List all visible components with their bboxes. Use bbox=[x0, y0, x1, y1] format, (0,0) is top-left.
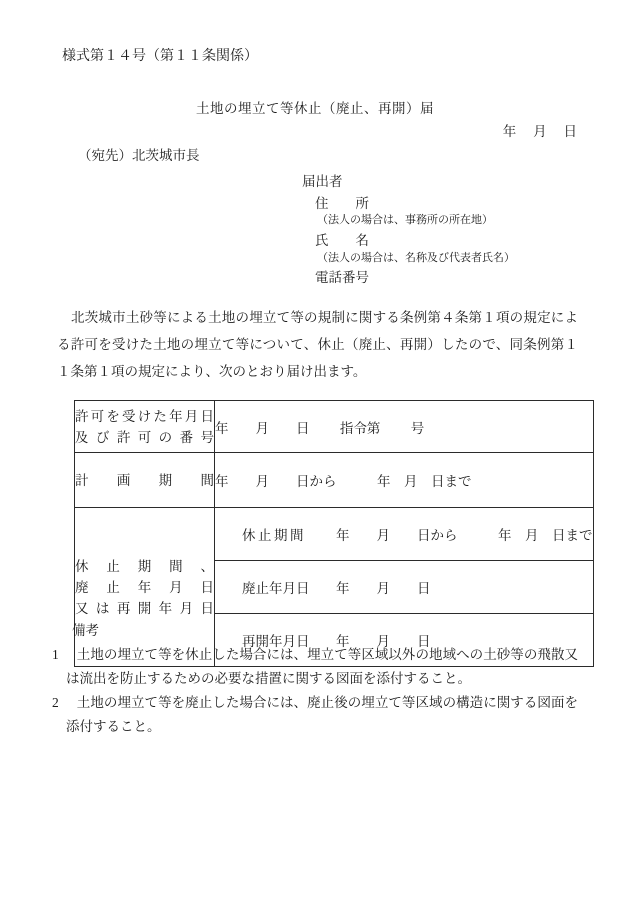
note-item: 1土地の埋立て等を休止した場合には、埋立て等区域以外の地域への土砂等の飛散又は流… bbox=[52, 643, 578, 691]
note-text: 土地の埋立て等を廃止した場合には、廃止後の埋立て等区域の構造に関する図面を添付す… bbox=[66, 695, 578, 734]
date-line: 年 月 日 bbox=[503, 120, 577, 140]
plan-period-value-cell: 年 月 日から 年 月 日まで bbox=[215, 453, 594, 508]
suspension-period-cell: 休止期間年 月 日から 年 月 日まで bbox=[215, 508, 594, 561]
note-number: 2 bbox=[52, 695, 59, 710]
note-item: 2土地の埋立て等を廃止した場合には、廃止後の埋立て等区域の構造に関する図面を添付… bbox=[52, 691, 578, 739]
abolition-date-value: 年 月 日 bbox=[336, 581, 431, 596]
name-corporate-note: （法人の場合は、名称及び代表者氏名） bbox=[317, 249, 515, 265]
notes-heading: 備考 bbox=[72, 619, 99, 639]
address-corporate-note: （法人の場合は、事務所の所在地） bbox=[317, 211, 493, 227]
plan-period-row: 計画期間 年 月 日から 年 月 日まで bbox=[75, 453, 594, 508]
addressee-line: （宛先）北茨城市長 bbox=[78, 144, 200, 164]
applicant-heading: 届出者 bbox=[302, 170, 343, 190]
suspension-group-label-line1: 休止期間、 bbox=[75, 556, 214, 577]
plan-period-label-cell: 計画期間 bbox=[75, 453, 215, 508]
address-label: 住 所 bbox=[315, 192, 369, 212]
name-label: 氏 名 bbox=[315, 229, 369, 249]
permit-date-value-cell: 年 月 日 指令第 号 bbox=[215, 401, 594, 453]
suspension-period-row: 休止期間、 廃止年月日 又は再開年月日 休止期間年 月 日から 年 月 日まで bbox=[75, 508, 594, 561]
body-paragraph: 北茨城市土砂等による土地の埋立て等の規制に関する条例第４条第１項の規定による許可… bbox=[57, 304, 578, 385]
note-number: 1 bbox=[52, 647, 59, 662]
permit-table: 許可を受けた年月日 及び許可の番号 年 月 日 指令第 号 計画期間 年 月 日… bbox=[74, 400, 594, 667]
permit-date-label-line2: 及び許可の番号 bbox=[75, 427, 214, 448]
notes-list: 1土地の埋立て等を休止した場合には、埋立て等区域以外の地域への土砂等の飛散又は流… bbox=[52, 643, 578, 739]
form-number: 様式第１４号（第１１条関係） bbox=[62, 45, 258, 65]
document-page: 様式第１４号（第１１条関係） 土地の埋立て等休止（廃止、再開）届 年 月 日 （… bbox=[0, 0, 630, 903]
permit-date-label-cell: 許可を受けた年月日 及び許可の番号 bbox=[75, 401, 215, 453]
permit-date-label-line1: 許可を受けた年月日 bbox=[75, 406, 214, 427]
plan-period-label: 計画期間 bbox=[75, 470, 214, 491]
suspension-group-label-line2: 廃止年月日 bbox=[75, 577, 214, 598]
abolition-date-cell: 廃止年月日年 月 日 bbox=[215, 561, 594, 614]
suspension-period-value: 年 月 日から 年 月 日まで bbox=[336, 528, 593, 543]
note-text: 土地の埋立て等を休止した場合には、埋立て等区域以外の地域への土砂等の飛散又は流出… bbox=[66, 647, 578, 686]
phone-label: 電話番号 bbox=[315, 266, 369, 286]
suspension-period-label: 休止期間 bbox=[242, 524, 336, 544]
abolition-date-label: 廃止年月日 bbox=[242, 577, 336, 597]
page-title: 土地の埋立て等休止（廃止、再開）届 bbox=[0, 97, 630, 117]
permit-date-row: 許可を受けた年月日 及び許可の番号 年 月 日 指令第 号 bbox=[75, 401, 594, 453]
suspension-group-label-line3: 又は再開年月日 bbox=[75, 598, 214, 619]
